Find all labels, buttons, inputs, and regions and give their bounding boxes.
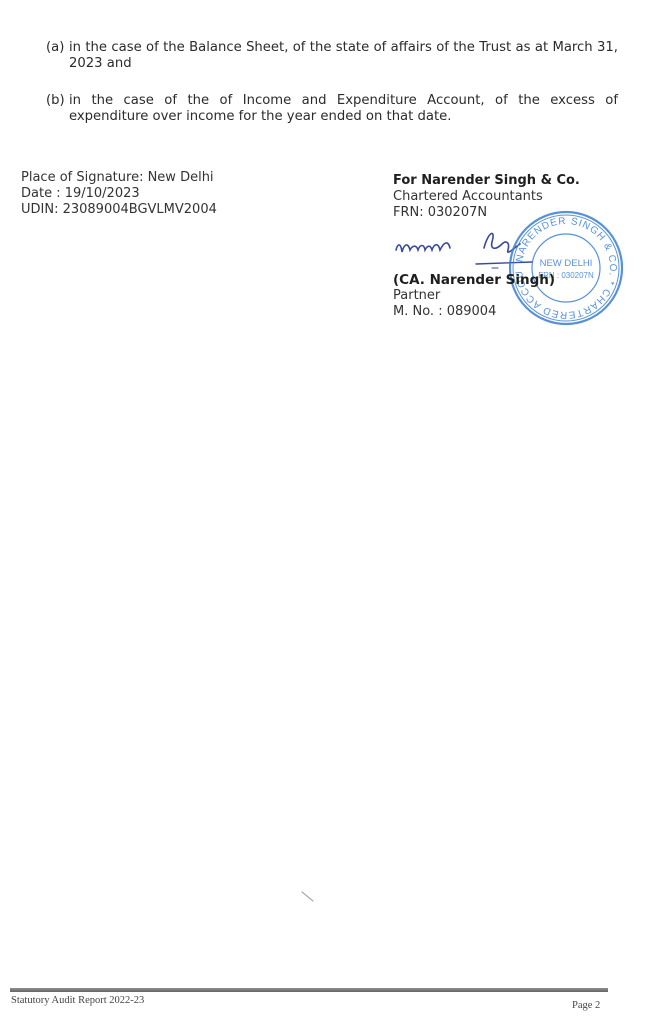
place-of-signature: Place of Signature: New Delhi (21, 170, 217, 186)
clause-b-label: (b) (46, 93, 65, 109)
signatory-designation: Partner (393, 288, 555, 304)
signature-date: Date : 19/10/2023 (21, 186, 217, 202)
clause-b: (b) in the case of the of Income and Exp… (46, 93, 618, 125)
footer-divider (10, 988, 608, 992)
clause-a-label: (a) (46, 40, 64, 56)
signatory-block: (CA. Narender Singh) Partner M. No. : 08… (393, 272, 555, 320)
clause-a-text: in the case of the Balance Sheet, of the… (69, 40, 618, 72)
udin: UDIN: 23089004BGVLMV2004 (21, 202, 217, 218)
footer-title: Statutory Audit Report 2022-23 (11, 995, 144, 1006)
signatory-name: (CA. Narender Singh) (393, 272, 555, 288)
stamp-center-city: NEW DELHI (540, 258, 593, 269)
page-number: Page 2 (572, 1000, 600, 1011)
clause-a: (a) in the case of the Balance Sheet, of… (46, 40, 618, 72)
firm-type: Chartered Accountants (393, 189, 580, 205)
membership-number: M. No. : 089004 (393, 304, 555, 320)
signature-details: Place of Signature: New Delhi Date : 19/… (21, 170, 217, 218)
firm-name: For Narender Singh & Co. (393, 173, 580, 189)
stray-mark (300, 890, 316, 904)
clause-b-text: in the case of the of Income and Expendi… (69, 93, 618, 125)
